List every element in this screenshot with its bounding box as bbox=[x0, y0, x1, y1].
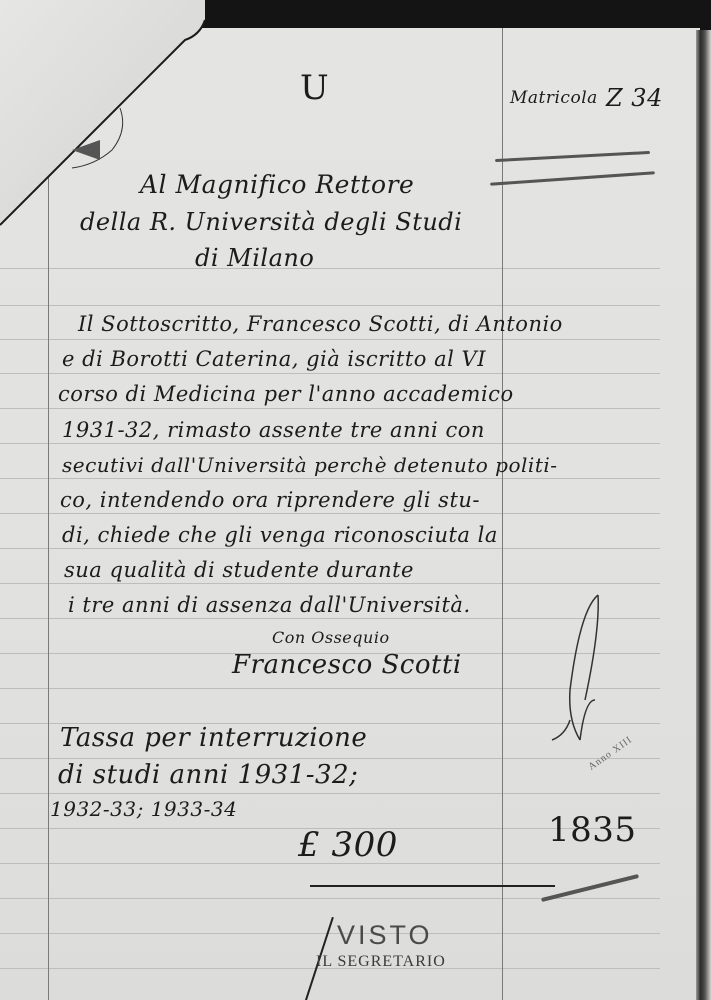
body-line: Il Sottoscritto, Francesco Scotti, di An… bbox=[78, 312, 563, 336]
body-line: e di Borotti Caterina, già iscritto al V… bbox=[62, 347, 486, 371]
document-photo: U Matricola Z 34 Al Magnifico Rettore de… bbox=[0, 0, 711, 1000]
closing: Con Ossequio bbox=[272, 628, 390, 647]
fee-note-line-1: Tassa per interruzione bbox=[60, 723, 367, 753]
right-margin-line bbox=[502, 28, 503, 1000]
body-line: 1931-32, rimasto assente tre anni con bbox=[62, 418, 485, 442]
header-mark: U bbox=[300, 68, 329, 108]
matricola-number: Z 34 bbox=[606, 84, 663, 112]
body-line: di, chiede che gli venga riconosciuta la bbox=[62, 523, 498, 547]
pencil-flourish bbox=[540, 590, 620, 760]
receipt-number: 1835 bbox=[548, 810, 637, 850]
signature: Francesco Scotti bbox=[232, 650, 462, 680]
body-line: secutivi dall'Università perchè detenuto… bbox=[62, 453, 558, 477]
fee-amount: £ 300 bbox=[298, 825, 398, 865]
fee-note-line-3: 1932-33; 1933-34 bbox=[50, 797, 237, 821]
body-line: i tre anni di assenza dall'Università. bbox=[68, 593, 471, 617]
addressee-line-3: di Milano bbox=[195, 244, 314, 272]
paper-right-edge bbox=[696, 30, 711, 1000]
matricola-label: Matricola bbox=[510, 88, 598, 108]
body-line: sua qualità di studente durante bbox=[64, 558, 414, 582]
addressee-line-2: della R. Università degli Studi bbox=[80, 208, 462, 236]
addressee-line-1: Al Magnifico Rettore bbox=[140, 170, 414, 199]
body-line: co, intendendo ora riprendere gli stu- bbox=[60, 488, 480, 512]
body-line: corso di Medicina per l'anno accademico bbox=[58, 382, 514, 406]
stamp-visto: VISTO bbox=[337, 920, 433, 951]
stamp-segretario: IL SEGRETARIO bbox=[316, 953, 446, 971]
underline bbox=[310, 885, 555, 887]
fee-note-line-2: di studi anni 1931-32; bbox=[58, 760, 358, 790]
